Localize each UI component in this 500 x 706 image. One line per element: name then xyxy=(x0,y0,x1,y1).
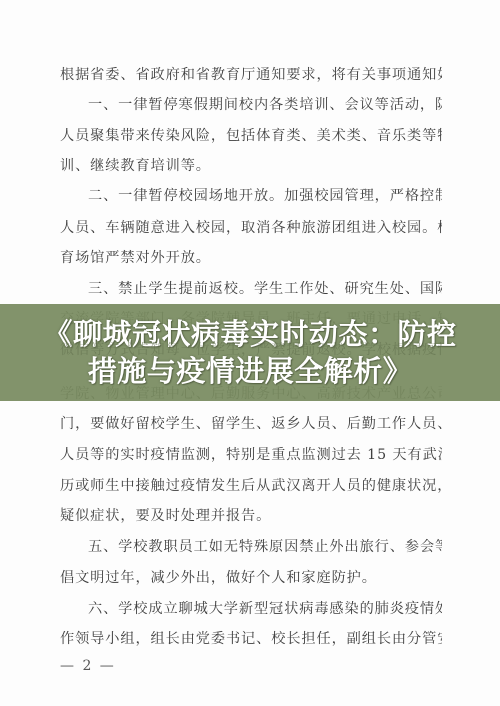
hidden-doc-line: 微信等方式告知每一位学生，严禁提前返校。学校根据疫情发展 xyxy=(60,341,442,359)
page-number: — 2 — xyxy=(60,658,116,674)
doc-line: 根据省委、省政府和省教育厅通知要求，将有关事项通知如下： xyxy=(60,66,442,84)
doc-line: 人员聚集带来传染风险，包括体育类、美术类、音乐类等特长培 xyxy=(60,127,442,145)
doc-line: 五、学校教职员工如无特殊原因禁止外出旅行、参会等，提 xyxy=(88,538,442,556)
doc-line: 人员、车辆随意进入校园，取消各种旅游团组进入校园。校内体 xyxy=(60,219,442,237)
doc-line: 疑似症状，要及时处理并报告。 xyxy=(60,507,442,525)
doc-line: 训、继续教育培训等。 xyxy=(60,157,442,175)
doc-line: 作领导小组，组长由党委书记、校长担任，副组长由分管安全保 xyxy=(60,630,442,648)
doc-line: 门，要做好留校学生、留学生、返乡人员、后勤工作人员、营业 xyxy=(60,415,442,433)
doc-line: 历或师生中接触过疫情发生后从武汉离开人员的健康状况，如有 xyxy=(60,477,442,495)
doc-line: 人员等的实时疫情监测，特别是重点监测过去 15 天有武汉进出经 xyxy=(60,446,442,464)
doc-line: 二、一律暂停校园场地开放。加强校园管理，严格控制外来 xyxy=(88,187,442,205)
doc-line: 三、禁止学生提前返校。学生工作处、研究生处、国际教育 xyxy=(88,280,442,298)
doc-line: 六、学校成立聊城大学新型冠状病毒感染的肺炎疫情处置工 xyxy=(88,600,442,618)
doc-line: 倡文明过年，减少外出，做好个人和家庭防护。 xyxy=(60,569,442,587)
doc-line: 育场馆严禁对外开放。 xyxy=(60,249,442,267)
doc-line: 一、一律暂停寒假期间校内各类培训、会议等活动，防止因 xyxy=(88,96,442,114)
